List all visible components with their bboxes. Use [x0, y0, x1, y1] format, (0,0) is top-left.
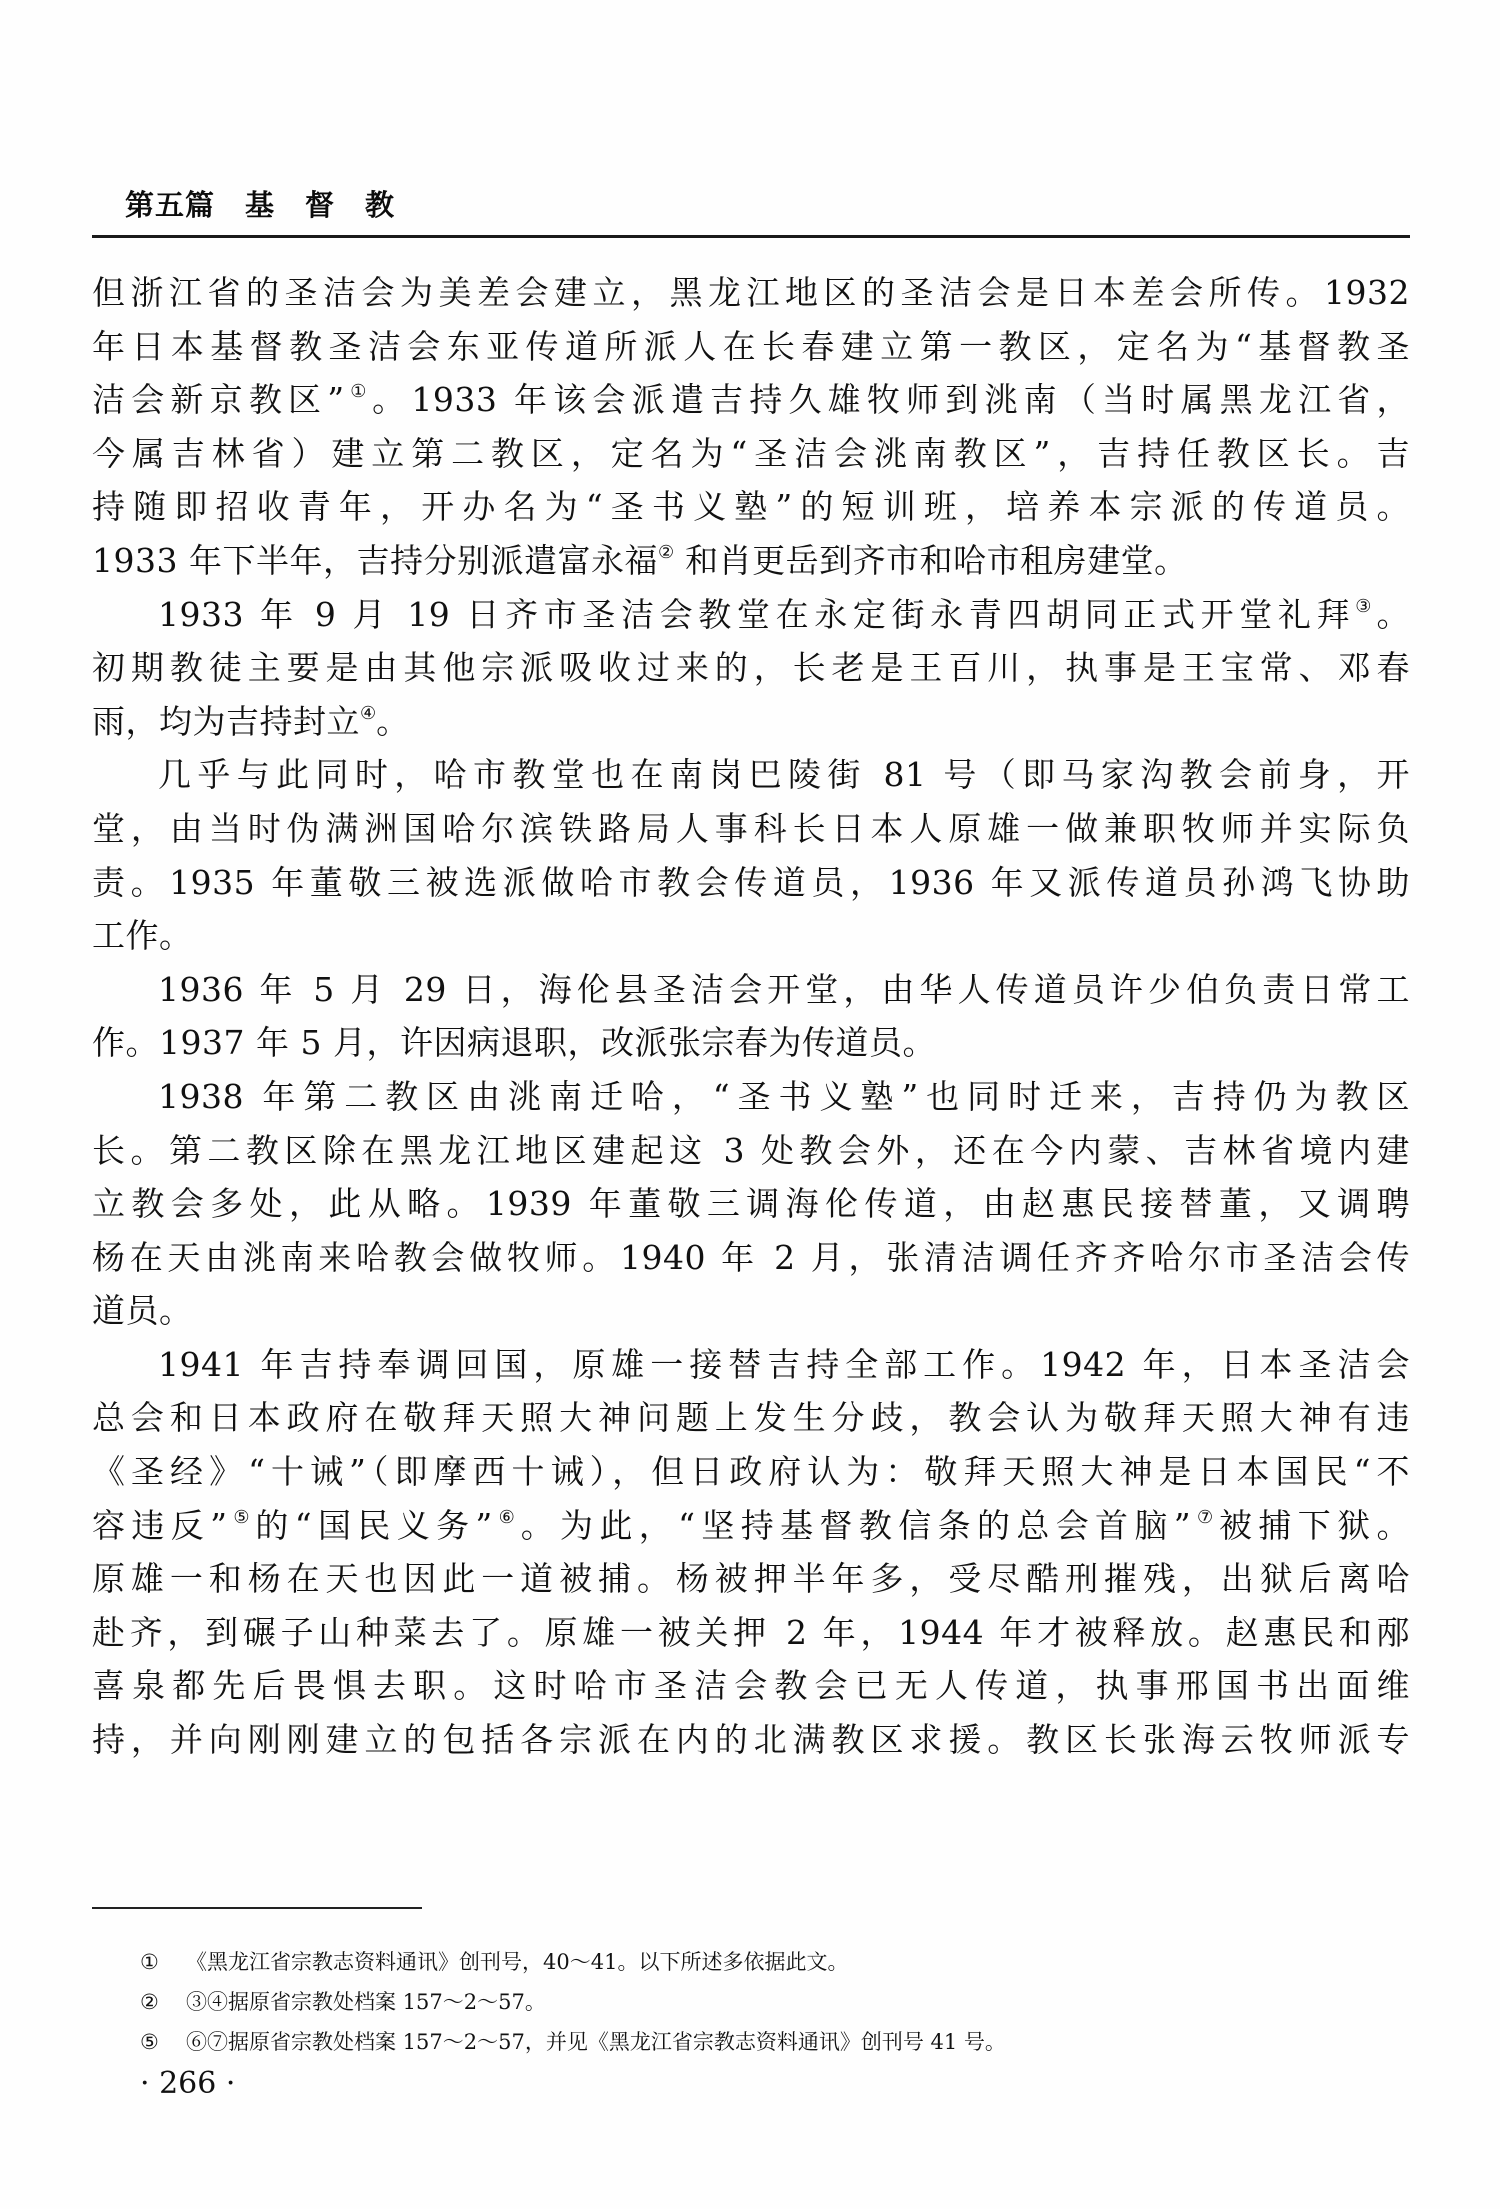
footnote: ②③④据原省宗教处档案 157～2～57。: [140, 1982, 1006, 2022]
footnote-marker: ②: [140, 1982, 186, 2022]
text-segment: 《圣经》“十诫”（即摩西十诫），但日政府认为：敬拜天照大神是日本国民“不: [92, 1452, 1410, 1491]
text-segment: 容违反”: [92, 1506, 227, 1545]
text-segment: 1933 年 9 月 19 日齐市圣洁会教堂在永定街永青四胡同正式开堂礼拜: [158, 595, 1355, 634]
text-line: 初期教徒主要是由其他宗派吸收过来的，长老是王百川，执事是王宝常、邓春: [92, 641, 1410, 695]
text-line: 容违反”⑤的“国民义务”⑥。为此，“坚持基督教信条的总会首脑”⑦被捕下狱。: [92, 1499, 1410, 1553]
footnote-reference: ①: [345, 381, 373, 402]
text-line: 立教会多处，此从略。1939 年董敬三调海伦传道，由赵惠民接替董，又调聘: [92, 1177, 1410, 1231]
text-segment: 赴齐，到碾子山种菜去了。原雄一被关押 2 年，1944 年才被释放。赵惠民和邴: [92, 1613, 1410, 1652]
text-line: 持随即招收青年，开办名为“圣书义塾”的短训班，培养本宗派的传道员。: [92, 480, 1410, 534]
text-segment: 长。第二教区除在黑龙江地区建起这 3 处教会外，还在今内蒙、吉林省境内建: [92, 1131, 1410, 1170]
text-line: 几乎与此同时，哈市教堂也在南岗巴陵街 81 号（即马家沟教会前身，开: [92, 748, 1410, 802]
text-segment: 责。1935 年董敬三被选派做哈市教会传道员，1936 年又派传道员孙鸿飞协助: [92, 863, 1410, 902]
text-line: 原雄一和杨在天也因此一道被捕。杨被押半年多，受尽酷刑摧残，出狱后离哈: [92, 1552, 1410, 1606]
text-segment: 杨在天由洮南来哈教会做牧师。1940 年 2 月，张清洁调任齐齐哈尔市圣洁会传: [92, 1238, 1410, 1277]
text-segment: 总会和日本政府在敬拜天照大神问题上发生分歧，教会认为敬拜天照大神有违: [92, 1398, 1410, 1437]
text-segment: 工作。: [92, 916, 193, 955]
text-line: 1938 年第二教区由洮南迁哈，“圣书义塾”也同时迁来，吉持仍为教区: [92, 1070, 1410, 1124]
text-line: 年日本基督教圣洁会东亚传道所派人在长春建立第一教区，定名为“基督教圣: [92, 320, 1410, 374]
footnote-text: ③④据原省宗教处档案 157～2～57。: [186, 1990, 546, 2014]
text-segment: 。为此，“坚持基督教信条的总会首脑”: [521, 1506, 1191, 1545]
text-line: 持，并向刚刚建立的包括各宗派在内的北满教区求援。教区长张海云牧师派专: [92, 1713, 1410, 1767]
text-segment: 。: [376, 702, 410, 741]
text-line: 杨在天由洮南来哈教会做牧师。1940 年 2 月，张清洁调任齐齐哈尔市圣洁会传: [92, 1231, 1410, 1285]
text-segment: 和肖更岳到齐市和哈市租房建堂。: [674, 541, 1188, 580]
text-segment: 年日本基督教圣洁会东亚传道所派人在长春建立第一教区，定名为“基督教圣: [92, 327, 1410, 366]
text-segment: 1933 年下半年，吉持分别派遣富永福: [92, 541, 658, 580]
text-segment: 喜泉都先后畏惧去职。这时哈市圣洁会教会已无人传道，执事邢国书出面维: [92, 1666, 1410, 1705]
text-line: 1933 年 9 月 19 日齐市圣洁会教堂在永定街永青四胡同正式开堂礼拜③。: [92, 588, 1410, 642]
footnote-reference: ④: [360, 703, 376, 724]
text-line: 《圣经》“十诫”（即摩西十诫），但日政府认为：敬拜天照大神是日本国民“不: [92, 1445, 1410, 1499]
text-line: 但浙江省的圣洁会为美差会建立，黑龙江地区的圣洁会是日本差会所传。1932: [92, 266, 1410, 320]
text-line: 1933 年下半年，吉持分别派遣富永福② 和肖更岳到齐市和哈市租房建堂。: [92, 534, 1410, 588]
text-segment: 被捕下狱。: [1219, 1506, 1410, 1545]
text-line: 责。1935 年董敬三被选派做哈市教会传道员，1936 年又派传道员孙鸿飞协助: [92, 856, 1410, 910]
text-segment: 原雄一和杨在天也因此一道被捕。杨被押半年多，受尽酷刑摧残，出狱后离哈: [92, 1559, 1410, 1598]
text-line: 1941 年吉持奉调回国，原雄一接替吉持全部工作。1942 年，日本圣洁会: [92, 1338, 1410, 1392]
footnote-marker: ①: [140, 1942, 186, 1982]
text-segment: 立教会多处，此从略。1939 年董敬三调海伦传道，由赵惠民接替董，又调聘: [92, 1184, 1410, 1223]
text-segment: 堂，由当时伪满洲国哈尔滨铁路局人事科长日本人原雄一做兼职牧师并实际负: [92, 809, 1410, 848]
footnotes: ①《黑龙江省宗教志资料通讯》创刊号，40～41。以下所述多依据此文。②③④据原省…: [140, 1942, 1006, 2062]
footnote-rule: [92, 1907, 422, 1909]
body-text: 但浙江省的圣洁会为美差会建立，黑龙江地区的圣洁会是日本差会所传。1932年日本基…: [92, 266, 1410, 1767]
text-segment: 1936 年 5 月 29 日，海伦县圣洁会开堂，由华人传道员许少伯负责日常工: [158, 970, 1410, 1009]
text-segment: 。1933 年该会派遣吉持久雄牧师到洮南（当时属黑龙江省，: [372, 380, 1410, 419]
text-line: 洁会新京教区”①。1933 年该会派遣吉持久雄牧师到洮南（当时属黑龙江省，: [92, 373, 1410, 427]
text-segment: 。: [1377, 595, 1411, 634]
text-line: 今属吉林省）建立第二教区，定名为“圣洁会洮南教区”，吉持任教区长。吉: [92, 427, 1410, 481]
text-segment: 持随即招收青年，开办名为“圣书义塾”的短训班，培养本宗派的传道员。: [92, 487, 1410, 526]
text-segment: 今属吉林省）建立第二教区，定名为“圣洁会洮南教区”，吉持任教区长。吉: [92, 434, 1410, 473]
footnote-reference: ③: [1355, 596, 1376, 617]
text-segment: 1941 年吉持奉调回国，原雄一接替吉持全部工作。1942 年，日本圣洁会: [158, 1345, 1410, 1384]
text-segment: 但浙江省的圣洁会为美差会建立，黑龙江地区的圣洁会是日本差会所传。1932: [92, 273, 1410, 312]
footnote-reference: ⑦: [1191, 1507, 1219, 1528]
footnote-reference: ⑤: [227, 1507, 255, 1528]
text-line: 工作。: [92, 909, 1410, 963]
text-segment: 作。1937 年 5 月，许因病退职，改派张宗春为传道员。: [92, 1023, 936, 1062]
text-segment: 道员。: [92, 1291, 193, 1330]
footnote: ⑤⑥⑦据原省宗教处档案 157～2～57，并见《黑龙江省宗教志资料通讯》创刊号 …: [140, 2022, 1006, 2062]
footnote: ①《黑龙江省宗教志资料通讯》创刊号，40～41。以下所述多依据此文。: [140, 1942, 1006, 1982]
footnote-text: 《黑龙江省宗教志资料通讯》创刊号，40～41。以下所述多依据此文。: [186, 1950, 848, 1974]
text-line: 1936 年 5 月 29 日，海伦县圣洁会开堂，由华人传道员许少伯负责日常工: [92, 963, 1410, 1017]
text-segment: 洁会新京教区”: [92, 380, 345, 419]
text-segment: 持，并向刚刚建立的包括各宗派在内的北满教区求援。教区长张海云牧师派专: [92, 1720, 1410, 1759]
text-line: 长。第二教区除在黑龙江地区建起这 3 处教会外，还在今内蒙、吉林省境内建: [92, 1124, 1410, 1178]
text-line: 作。1937 年 5 月，许因病退职，改派张宗春为传道员。: [92, 1016, 1410, 1070]
footnote-reference: ②: [658, 542, 674, 563]
footnote-text: ⑥⑦据原省宗教处档案 157～2～57，并见《黑龙江省宗教志资料通讯》创刊号 4…: [186, 2030, 1006, 2054]
footnote-marker: ⑤: [140, 2022, 186, 2062]
text-segment: 1938 年第二教区由洮南迁哈，“圣书义塾”也同时迁来，吉持仍为教区: [158, 1077, 1410, 1116]
text-segment: 的“国民义务”: [255, 1506, 492, 1545]
text-line: 总会和日本政府在敬拜天照大神问题上发生分歧，教会认为敬拜天照大神有违: [92, 1391, 1410, 1445]
text-line: 喜泉都先后畏惧去职。这时哈市圣洁会教会已无人传道，执事邢国书出面维: [92, 1659, 1410, 1713]
text-segment: 几乎与此同时，哈市教堂也在南岗巴陵街 81 号（即马家沟教会前身，开: [158, 755, 1410, 794]
book-page: 第五篇 基 督 教 但浙江省的圣洁会为美差会建立，黑龙江地区的圣洁会是日本差会所…: [0, 0, 1500, 2209]
text-line: 雨，均为吉持封立④。: [92, 695, 1410, 749]
running-head: 第五篇 基 督 教: [125, 183, 395, 224]
page-number: · 266 ·: [140, 2066, 235, 2101]
text-line: 堂，由当时伪满洲国哈尔滨铁路局人事科长日本人原雄一做兼职牧师并实际负: [92, 802, 1410, 856]
text-line: 赴齐，到碾子山种菜去了。原雄一被关押 2 年，1944 年才被释放。赵惠民和邴: [92, 1606, 1410, 1660]
footnote-reference: ⑥: [493, 1507, 521, 1528]
header-rule: [92, 235, 1410, 238]
text-segment: 雨，均为吉持封立: [92, 702, 360, 741]
text-segment: 初期教徒主要是由其他宗派吸收过来的，长老是王百川，执事是王宝常、邓春: [92, 648, 1410, 687]
text-line: 道员。: [92, 1284, 1410, 1338]
